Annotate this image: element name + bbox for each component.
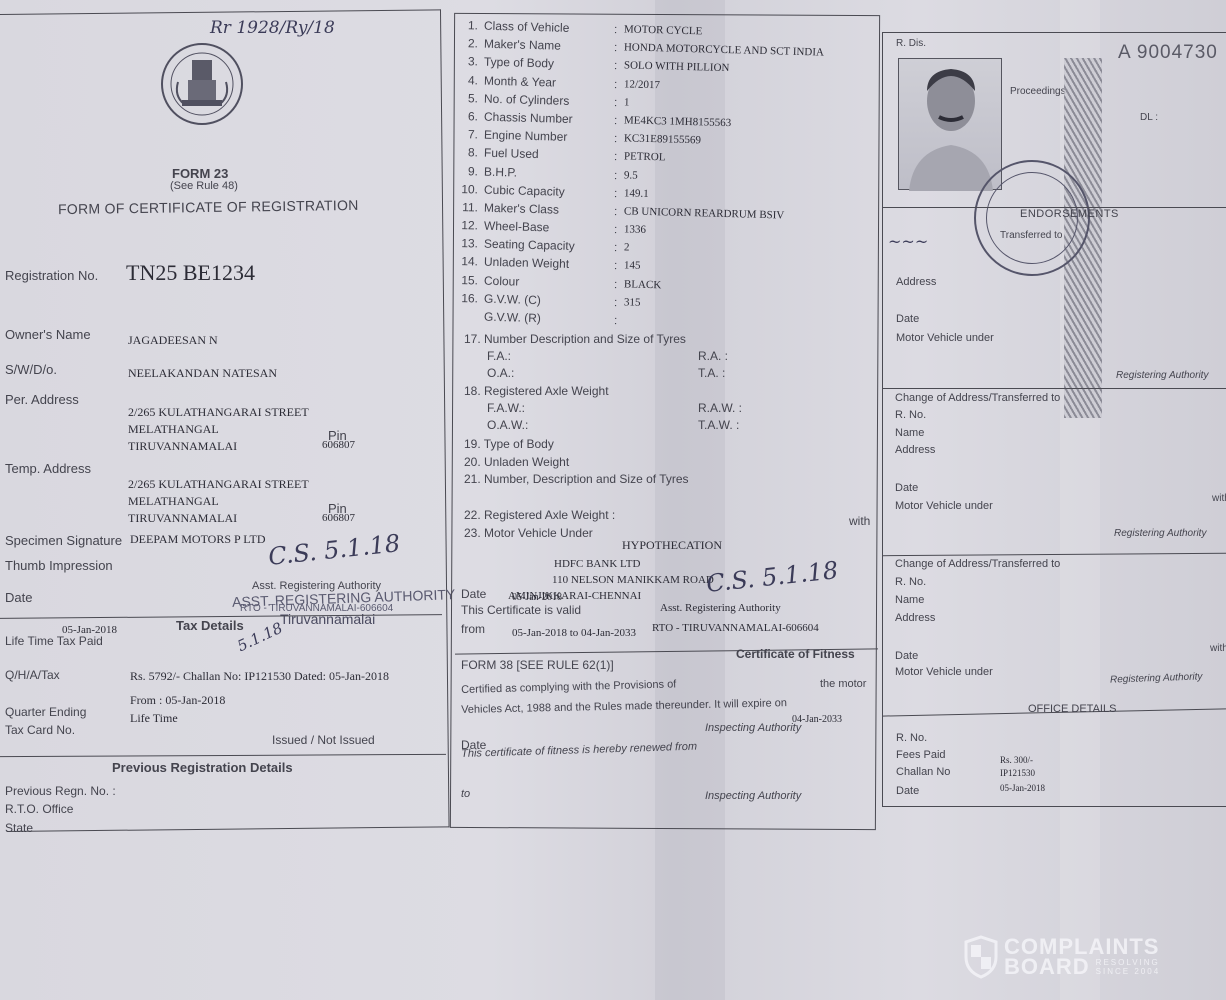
lifetime-tax-date: 05-Jan-2018 xyxy=(62,624,117,636)
temp-address-label: Temp. Address xyxy=(5,461,91,476)
motor-vehicle-under-label: Motor Vehicle under xyxy=(896,332,994,344)
inspecting-authority: Inspecting Authority xyxy=(705,722,801,734)
watermark-tag1: RESOLVING xyxy=(1096,958,1160,967)
authority-print: Asst. Registering Authority xyxy=(660,602,781,614)
taw-label: T.A.W. : xyxy=(698,418,739,432)
spec-value: 145 xyxy=(622,257,641,276)
spec-number: 14. xyxy=(458,252,484,271)
shield-logo-icon xyxy=(964,935,998,979)
spec-value: 12/2017 xyxy=(622,75,661,94)
bank-line: HDFC BANK LTD xyxy=(554,556,714,572)
lifetime-tax-label: Life Time Tax Paid xyxy=(5,634,103,648)
person-icon xyxy=(899,59,1003,191)
per-address-label: Per. Address xyxy=(5,392,79,407)
spec-number xyxy=(458,307,484,326)
dealer-name: DEEPAM MOTORS P LTD xyxy=(130,532,265,547)
oaw-label: O.A.W.: xyxy=(487,418,528,432)
transferred-label: Transferred to xyxy=(1000,230,1062,241)
valid-range: 05-Jan-2018 to 04-Jan-2033 xyxy=(512,627,636,639)
spec-number: 10. xyxy=(458,180,484,199)
date-label: Date xyxy=(895,482,918,494)
spec-value: SOLO WITH PILLION xyxy=(622,57,730,78)
signature-label: Specimen Signature xyxy=(5,533,122,548)
with-label: with xyxy=(849,514,870,528)
address-label: Address xyxy=(896,276,936,288)
form-number: FORM 23 xyxy=(172,166,228,181)
office-date-value: 05-Jan-2018 xyxy=(1000,783,1045,793)
from-label: from xyxy=(461,622,485,636)
per-address: 2/265 KULATHANGARAI STREET MELATHANGAL T… xyxy=(128,404,309,455)
spec-number: 13. xyxy=(458,234,484,253)
motor-vehicle-under-label: Motor Vehicle under xyxy=(895,500,993,512)
address-label: Address xyxy=(895,612,935,624)
hypothecation-title: HYPOTHECATION xyxy=(622,538,722,553)
date-label: Date xyxy=(896,313,919,325)
spec-value xyxy=(622,311,624,329)
tyres-item-21: 21. Number, Description and Size of Tyre… xyxy=(464,472,689,486)
spec-value: 315 xyxy=(622,293,641,312)
change-address-label: Change of Address/Transferred to xyxy=(895,558,1060,570)
certificate-serial: A 9004730 xyxy=(1118,42,1218,64)
registration-label: Registration No. xyxy=(5,268,98,283)
spec-value: 9.5 xyxy=(622,166,638,185)
challan-value: IP121530 xyxy=(1000,768,1035,778)
address-label: Address xyxy=(895,444,935,456)
address-line: MELATHANGAL xyxy=(128,421,309,438)
bank-line: 110 NELSON MANIKKAM ROAD xyxy=(552,572,714,588)
type-of-body-item: 19. Type of Body xyxy=(464,437,554,451)
motor-vehicle-under-label: Motor Vehicle under xyxy=(895,666,993,678)
relation-name: NEELAKANDAN NATESAN xyxy=(128,366,277,381)
fees-paid-value: Rs. 300/- xyxy=(1000,755,1033,765)
fa-label: F.A.: xyxy=(487,349,511,363)
rto-office-label: R.T.O. Office xyxy=(5,802,73,816)
spec-number: 15. xyxy=(458,271,484,290)
spec-number: 6. xyxy=(458,107,484,126)
address-line: 2/265 KULATHANGARAI STREET xyxy=(128,404,309,421)
pin-value: 606807 xyxy=(322,439,355,451)
ra-label: R.A. : xyxy=(698,349,728,363)
tamil-nadu-emblem-icon xyxy=(158,42,248,137)
owner-name: JAGADEESAN N xyxy=(128,333,218,348)
previous-registration-title: Previous Registration Details xyxy=(112,760,293,775)
office-rno-label: R. No. xyxy=(896,732,927,744)
ta-label: T.A. : xyxy=(698,366,725,380)
name-label: Name xyxy=(895,594,924,606)
spec-number: 7. xyxy=(458,125,484,144)
inspecting-authority: Inspecting Authority xyxy=(705,790,801,802)
owner-label: Owner's Name xyxy=(5,327,91,342)
rdis-label: R. Dis. xyxy=(896,38,926,49)
raw-label: R.A.W. : xyxy=(698,401,742,415)
rno-label: R. No. xyxy=(895,409,926,421)
change-address-label: Change of Address/Transferred to xyxy=(895,392,1060,404)
to-label: to xyxy=(461,788,470,800)
challan-label: Challan No xyxy=(896,766,950,778)
registration-number: TN25 BE1234 xyxy=(126,260,255,286)
relation-label: S/W/D/o. xyxy=(5,362,57,377)
qha-tax-label: Q/H/A/Tax xyxy=(5,668,60,682)
date-label: Date xyxy=(895,650,918,662)
form38-label: FORM 38 [SEE RULE 62(1)] xyxy=(461,658,614,672)
tyres-item: 17. Number Description and Size of Tyres xyxy=(464,332,686,346)
temp-address: 2/265 KULATHANGARAI STREET MELATHANGAL T… xyxy=(128,476,309,527)
spec-value: 1336 xyxy=(622,220,646,239)
vehicle-specs-list: 1.Class of Vehicle:MOTOR CYCLE2.Maker's … xyxy=(458,16,824,325)
rno-label: R. No. xyxy=(895,576,926,588)
spec-value: 149.1 xyxy=(622,184,649,203)
with-label: with xyxy=(1212,493,1226,504)
date-label: Date xyxy=(5,590,32,605)
office-details-title: OFFICE DETAILS xyxy=(1028,703,1116,715)
address-line: MELATHANGAL xyxy=(128,493,309,510)
tax-card-label: Tax Card No. xyxy=(5,723,75,737)
endorsement-signature: ~~~ xyxy=(888,232,928,251)
fees-paid-label: Fees Paid xyxy=(896,749,946,761)
spec-number: 12. xyxy=(458,216,484,235)
registering-authority: Registering Authority xyxy=(1114,528,1206,539)
issued-status: Issued / Not Issued xyxy=(272,733,375,747)
spec-number: 3. xyxy=(458,52,484,71)
office-date-label: Date xyxy=(896,785,919,797)
dl-label: DL : xyxy=(1140,112,1158,123)
form-rule: (See Rule 48) xyxy=(170,180,238,192)
date-value: 05-Jan-2018 xyxy=(512,592,562,603)
spec-value: BLACK xyxy=(622,275,662,294)
spec-label: G.V.W. (R) xyxy=(484,308,614,330)
spec-number: 4. xyxy=(458,71,484,90)
valid-label: This Certificate is valid xyxy=(461,603,581,617)
proceedings-label: Proceedings xyxy=(1010,86,1066,97)
hypothecation-bank: HDFC BANK LTD 110 NELSON MANIKKAM ROAD A… xyxy=(554,556,714,604)
axle-weight-item-22: 22. Registered Axle Weight : xyxy=(464,508,615,522)
watermark-line2: BOARD xyxy=(1004,957,1090,977)
quarter-ending-label: Quarter Ending xyxy=(5,705,86,719)
thumb-label: Thumb Impression xyxy=(5,558,113,573)
oa-label: O.A.: xyxy=(487,366,514,380)
spec-number: 8. xyxy=(458,143,484,162)
motor-vehicle-under-item: 23. Motor Vehicle Under xyxy=(464,526,593,540)
spec-value: 2 xyxy=(622,239,630,257)
pin-value: 606807 xyxy=(322,512,355,524)
state-label: State xyxy=(5,821,33,835)
spec-number: 11. xyxy=(458,198,484,217)
qha-tax-value: Rs. 5792/- Challan No: IP121530 Dated: 0… xyxy=(130,669,389,684)
quarter-ending-value: Life Time xyxy=(130,711,178,726)
previous-regn-label: Previous Regn. No. : xyxy=(5,784,116,798)
with-label: with xyxy=(1210,643,1226,654)
date-label: Date xyxy=(461,587,486,601)
fitness-title: Certificate of Fitness xyxy=(736,647,855,661)
faw-label: F.A.W.: xyxy=(487,401,525,415)
owner-photo xyxy=(898,58,1002,190)
spec-number: 5. xyxy=(458,89,484,108)
spec-number: 16. xyxy=(458,289,484,308)
divider xyxy=(882,388,1226,389)
complaints-board-watermark: COMPLAINTS BOARD RESOLVING SINCE 2004 xyxy=(964,935,1160,979)
tax-from: From : 05-Jan-2018 xyxy=(130,693,225,708)
address-line: TIRUVANNAMALAI xyxy=(128,510,309,527)
spec-number: 2. xyxy=(458,34,484,53)
authority-stamp-place: Tiruvannamalai xyxy=(280,611,375,627)
rto-stamp: RTO - TIRUVANNAMALAI-606604 xyxy=(652,622,819,634)
endorsements-title: ENDORSEMENTS xyxy=(1020,208,1119,220)
handwritten-reference: Rr 1928/Ry/18 xyxy=(210,18,335,38)
address-line: 2/265 KULATHANGARAI STREET xyxy=(128,476,309,493)
registering-authority: Registering Authority xyxy=(1116,370,1208,381)
spec-value: MOTOR CYCLE xyxy=(622,20,703,40)
watermark-tag2: SINCE 2004 xyxy=(1096,967,1160,976)
spec-number: 9. xyxy=(458,162,484,181)
unladen-weight-item: 20. Unladen Weight xyxy=(464,455,569,469)
name-label: Name xyxy=(895,427,924,439)
axle-weight-item: 18. Registered Axle Weight xyxy=(464,384,609,398)
the-motor-text: the motor xyxy=(820,678,866,690)
spec-value: 1 xyxy=(622,93,630,111)
spec-value: PETROL xyxy=(622,148,666,167)
address-line: TIRUVANNAMALAI xyxy=(128,438,309,455)
spec-number: 1. xyxy=(458,16,484,35)
tax-details-title: Tax Details xyxy=(176,618,244,633)
